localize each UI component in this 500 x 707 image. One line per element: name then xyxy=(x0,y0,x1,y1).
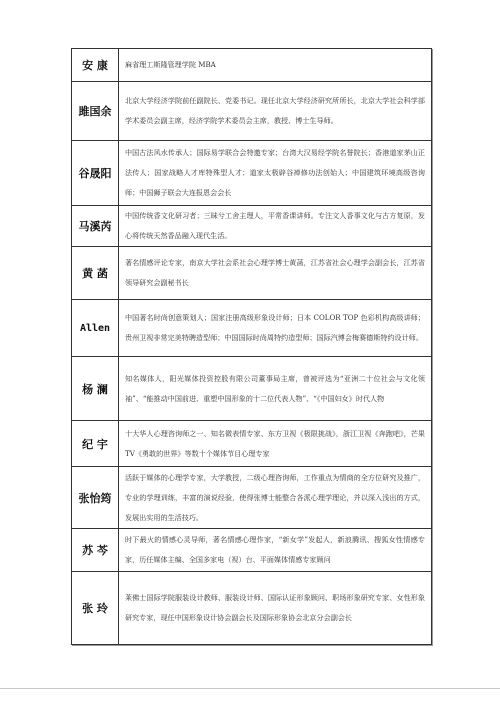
table-row: Allen 中国著名时尚创意策划人；国家注册高级形象设计师；日本 COLOR T… xyxy=(72,300,432,357)
table-row: 黄 菡 著名情感评论专家，南京大学社会系社会心理学博士黄菡，江苏省社会心理学会副… xyxy=(72,247,432,300)
person-name: 黄 菡 xyxy=(72,247,119,300)
table-row: 杨 澜 知名媒体人，阳光媒体投资控股有限公司董事局主席，曾被评选为“亚洲二十位社… xyxy=(72,357,432,421)
table-row: 苏 芩 时下最火的情感心灵导师，著名情感心理作家，“新女学”发起人，新浪腾讯、搜… xyxy=(72,529,432,572)
person-bio: 莱佛士国际学院服装设计教师、服装设计师、国际认证形象顾问、职场形象研究专家、女性… xyxy=(119,572,432,645)
person-name: 杨 澜 xyxy=(72,357,119,421)
table-row: 谷晟阳 中国古法风水传承人；国际易学联合会特邀专家；台湾大汉易经学院名誉院长；香… xyxy=(72,141,432,206)
person-name: 马溪芮 xyxy=(72,206,119,247)
person-name: 安 康 xyxy=(72,49,119,82)
speaker-bio-table: 安 康 麻省理工斯隆管理学院 MBA 雎国余 北京大学经济学院前任副院长、党委书… xyxy=(71,48,432,645)
page-separator-line xyxy=(0,688,500,689)
person-bio: 知名媒体人，阳光媒体投资控股有限公司董事局主席，曾被评选为“亚洲二十位社会与文化… xyxy=(119,357,432,421)
person-name: 张 玲 xyxy=(72,572,119,645)
person-bio: 中国传统香文化研习者；三昧兮工舍主理人，平常香课讲师。专注文人香事文化与古方复原… xyxy=(119,206,432,247)
person-name: 苏 芩 xyxy=(72,529,119,572)
person-name: Allen xyxy=(72,300,119,357)
table-row: 张 玲 莱佛士国际学院服装设计教师、服装设计师、国际认证形象顾问、职场形象研究专… xyxy=(72,572,432,645)
table-row: 安 康 麻省理工斯隆管理学院 MBA xyxy=(72,49,432,82)
person-bio: 著名情感评论专家，南京大学社会系社会心理学博士黄菡，江苏省社会心理学会副会长，江… xyxy=(119,247,432,300)
person-bio: 中国古法风水传承人；国际易学联合会特邀专家；台湾大汉易经学院名誉院长；香港道家茅… xyxy=(119,141,432,206)
person-bio: 麻省理工斯隆管理学院 MBA xyxy=(119,49,432,82)
table-row: 张怡筠 活跃于媒体的心理学专家，大学教授，二级心理咨询师，工作重点为情商的全方位… xyxy=(72,467,432,529)
person-name: 张怡筠 xyxy=(72,467,119,529)
person-bio: 中国著名时尚创意策划人；国家注册高级形象设计师；日本 COLOR TOP 色彩机… xyxy=(119,300,432,357)
table-row: 马溪芮 中国传统香文化研习者；三昧兮工舍主理人，平常香课讲师。专注文人香事文化与… xyxy=(72,206,432,247)
person-bio: 十大华人心理咨询师之一、知名微表情专家、东方卫视《极限挑战》，浙江卫视《奔跑吧》… xyxy=(119,421,432,467)
table-row: 纪 宇 十大华人心理咨询师之一、知名微表情专家、东方卫视《极限挑战》，浙江卫视《… xyxy=(72,421,432,467)
person-name: 纪 宇 xyxy=(72,421,119,467)
person-name: 谷晟阳 xyxy=(72,141,119,206)
person-bio: 活跃于媒体的心理学专家，大学教授，二级心理咨询师，工作重点为情商的全方位研究及推… xyxy=(119,467,432,529)
person-bio: 北京大学经济学院前任副院长、党委书记。现任北京大学经济研究所所长，北京大学社会科… xyxy=(119,82,432,141)
person-bio: 时下最火的情感心灵导师，著名情感心理作家，“新女学”发起人，新浪腾讯、搜狐女性情… xyxy=(119,529,432,572)
table-body: 安 康 麻省理工斯隆管理学院 MBA 雎国余 北京大学经济学院前任副院长、党委书… xyxy=(72,49,432,645)
person-name: 雎国余 xyxy=(72,82,119,141)
table-row: 雎国余 北京大学经济学院前任副院长、党委书记。现任北京大学经济研究所所长，北京大… xyxy=(72,82,432,141)
